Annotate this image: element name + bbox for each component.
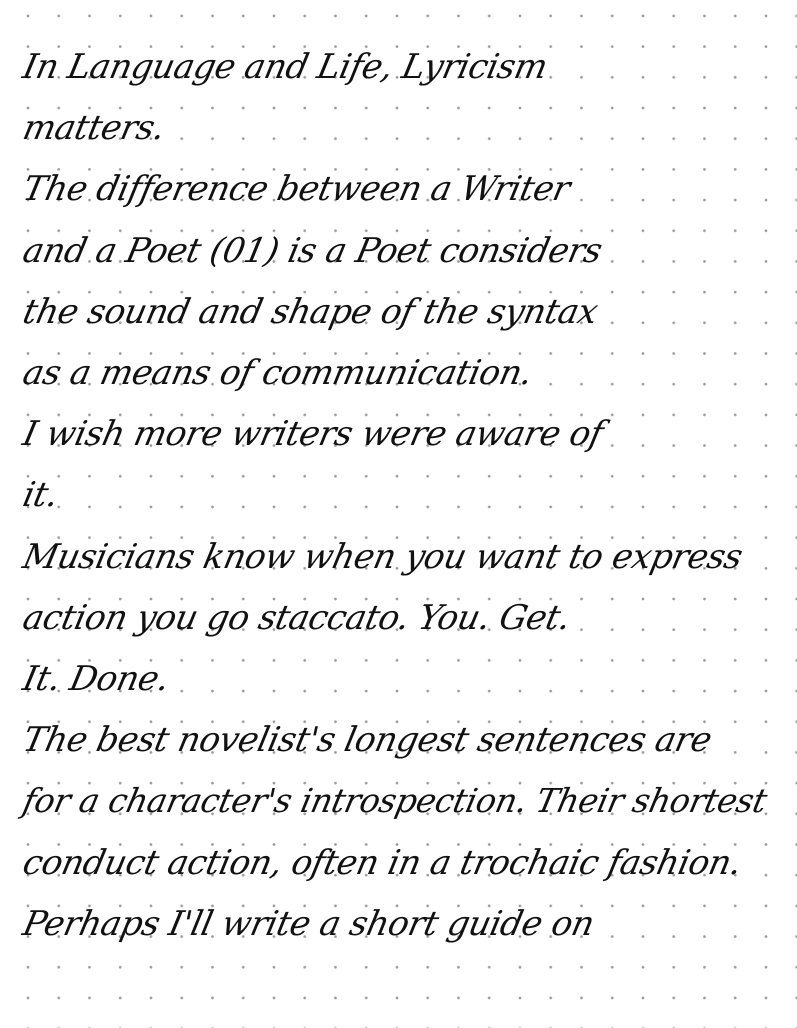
text-line: Musicians know when you want to express (20, 540, 745, 574)
text-line: matters. (20, 111, 168, 145)
text-line: and a Poet (01) is a Poet considers (20, 234, 605, 268)
text-line: the sound and shape of the syntax (20, 295, 601, 329)
text-line: action you go staccato. You. Get. (20, 601, 573, 635)
text-line: as a means of communication. (20, 356, 535, 390)
text-line: Perhaps I'll write a short guide on (20, 907, 597, 941)
text-line: It. Done. (20, 662, 172, 696)
handwritten-page: In Language and Life, Lyricism matters. … (0, 0, 797, 1028)
text-line: for a character's introspection. Their s… (20, 784, 770, 817)
text-line: In Language and Life, Lyricism (20, 50, 550, 84)
text-line: The best novelist's longest sentences ar… (20, 723, 714, 757)
text-line: it. (20, 478, 61, 512)
text-line: conduct action, often in a trochaic fash… (20, 846, 744, 880)
text-line: The difference between a Writer (20, 172, 573, 206)
text-line: I wish more writers were aware of (20, 417, 606, 451)
